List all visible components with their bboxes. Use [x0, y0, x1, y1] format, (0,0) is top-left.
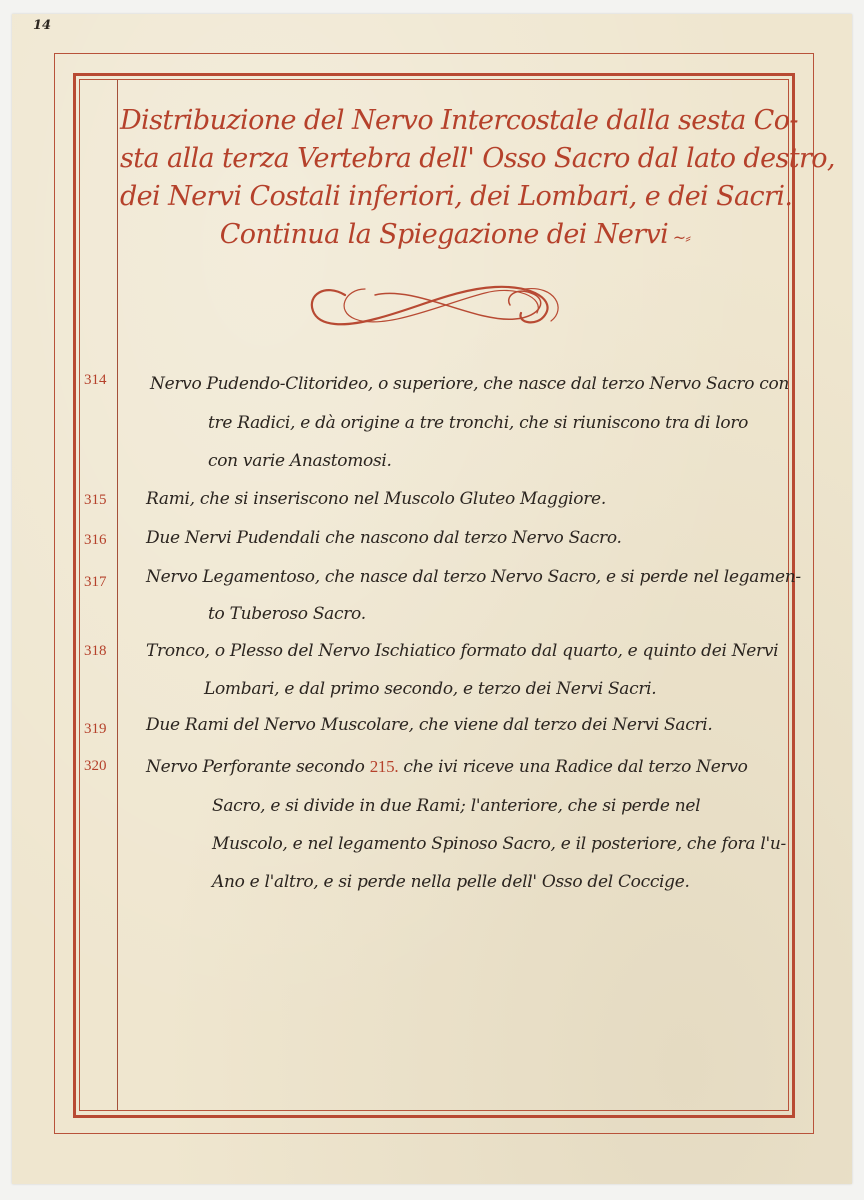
entry-number: 320: [84, 758, 107, 775]
calligraphic-flourish-icon: [305, 275, 565, 335]
entry-text-line: Nervo Perforante secondo 215. che ivi ri…: [146, 757, 748, 777]
entry-number: 315: [84, 492, 107, 509]
entry-number: 317: [84, 574, 107, 591]
small-flourish-icon: ~⸗: [668, 228, 690, 247]
entry-number: 314: [84, 372, 107, 389]
entry-text-line: Tronco, o Plesso del Nervo Ischiatico fo…: [146, 641, 778, 661]
entry-text-line: Due Nervi Pudendali che nascono dal terz…: [146, 528, 622, 548]
entry-text-line: Sacro, e si divide in due Rami; l'anteri…: [212, 796, 700, 816]
entry-text-line: Ano e l'altro, e si perde nella pelle de…: [212, 872, 690, 892]
page-title: Distribuzione del Nervo Intercostale dal…: [120, 102, 790, 257]
title-line-text: Continua la Spiegazione dei Nervi: [220, 219, 668, 250]
entry-text-line: Muscolo, e nel legamento Spinoso Sacro, …: [212, 834, 786, 854]
entry-text-line: to Tuberoso Sacro.: [208, 604, 366, 624]
cross-reference-number: 215.: [370, 757, 399, 776]
entry-text-line: Rami, che si inseriscono nel Muscolo Glu…: [146, 489, 606, 509]
entry-number: 316: [84, 532, 107, 549]
title-line: sta alla terza Vertebra dell' Osso Sacro…: [120, 140, 790, 178]
entry-text: che ivi riceve una Radice dal terzo Nerv…: [398, 757, 747, 777]
entry-text-line: Lombari, e dal primo secondo, e terzo de…: [204, 679, 656, 699]
title-line: Continua la Spiegazione dei Nervi ~⸗: [120, 216, 790, 257]
margin-rule: [117, 80, 118, 1110]
entry-text-line: Due Rami del Nervo Muscolare, che viene …: [146, 715, 713, 735]
entry-text: Nervo Perforante secondo: [146, 757, 370, 777]
page-number: 14: [33, 18, 51, 33]
entry-number: 319: [84, 721, 107, 738]
title-line: dei Nervi Costali inferiori, dei Lombari…: [120, 178, 790, 216]
entry-text-line: tre Radici, e dà origine a tre tronchi, …: [208, 413, 748, 433]
entry-number: 318: [84, 643, 107, 660]
title-line: Distribuzione del Nervo Intercostale dal…: [120, 102, 790, 140]
entry-text-line: Nervo Pudendo-Clitorideo, o superiore, c…: [150, 374, 789, 394]
entry-text-line: Nervo Legamentoso, che nasce dal terzo N…: [146, 567, 801, 587]
entry-text-line: con varie Anastomosi.: [208, 451, 392, 471]
